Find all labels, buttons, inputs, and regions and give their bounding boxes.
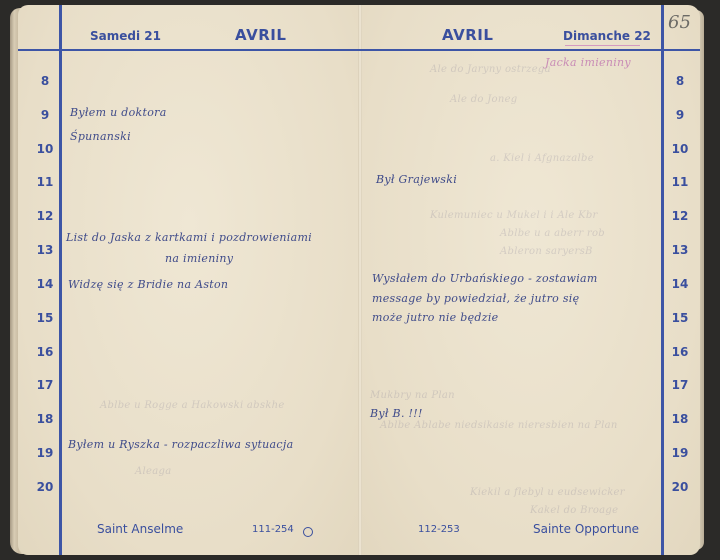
page-number: 65 <box>668 12 691 33</box>
handwritten-entry: Wysłałem do Urbańskiego - zostawiam <box>372 272 598 285</box>
left-hour-20: 20 <box>30 480 60 494</box>
right-day-label: Dimanche 22 <box>563 29 651 43</box>
left-hour-16: 16 <box>30 345 60 359</box>
bleed-through-text: Aleaga <box>135 466 171 477</box>
handwritten-entry: może jutro nie będzie <box>372 311 498 324</box>
right-hour-12: 12 <box>665 209 695 223</box>
bleed-through-text: Ale do Jaryny ostrzega <box>430 64 551 75</box>
left-month-label: AVRIL <box>235 26 286 44</box>
left-hour-18: 18 <box>30 412 60 426</box>
left-hour-15: 15 <box>30 311 60 325</box>
bleed-through-text: Ablbe Ablabe niedsikasie nieresbien na P… <box>380 420 618 431</box>
right-hour-column-rule <box>661 5 664 555</box>
left-hour-13: 13 <box>30 243 60 257</box>
left-hour-17: 17 <box>30 378 60 392</box>
handwritten-entry: Byłem u doktora <box>70 106 167 119</box>
handwritten-entry: Śpunanski <box>70 130 131 143</box>
left-header-rule <box>18 49 360 51</box>
left-footer-saint: Saint Anselme <box>97 522 183 536</box>
right-header-rule <box>360 49 700 51</box>
moon-phase-icon <box>303 527 313 537</box>
left-hour-12: 12 <box>30 209 60 223</box>
bleed-through-text: Ale do Joneg <box>450 94 518 105</box>
bleed-through-text: Kakel do Broage <box>530 505 618 516</box>
bleed-through-text: Ablbe u a aberr rob <box>500 228 605 239</box>
bleed-through-text: Ablbe u Rogge a Hakowski abskhe <box>100 400 285 411</box>
left-hour-10: 10 <box>30 142 60 156</box>
handwritten-entry: message by powiedział, że jutro się <box>372 292 579 305</box>
right-hour-8: 8 <box>665 74 695 88</box>
right-hour-18: 18 <box>665 412 695 426</box>
right-hour-16: 16 <box>665 345 695 359</box>
bleed-through-text: Ableron saryersB <box>500 246 593 257</box>
bleed-through-text: a. Kiel i Afgnazalbe <box>490 153 594 164</box>
bleed-through-text: Mukbry na Plan <box>370 390 455 401</box>
left-day-label: Samedi 21 <box>90 29 161 43</box>
handwritten-entry: List do Jaska z kartkami i pozdrowieniam… <box>66 231 312 244</box>
right-hour-17: 17 <box>665 378 695 392</box>
left-hour-14: 14 <box>30 277 60 291</box>
right-hour-15: 15 <box>665 311 695 325</box>
handwritten-entry: Był B. !!! <box>370 407 423 420</box>
left-hour-19: 19 <box>30 446 60 460</box>
left-footer-day-count: 111-254 <box>252 524 294 535</box>
right-footer-day-count: 112-253 <box>418 524 460 535</box>
left-hour-11: 11 <box>30 175 60 189</box>
center-fold <box>358 5 362 555</box>
bleed-through-text: Kulemuniec u Mukel i i Ale Kbr <box>430 210 598 221</box>
right-hour-9: 9 <box>665 108 695 122</box>
right-hour-13: 13 <box>665 243 695 257</box>
right-month-label: AVRIL <box>442 26 493 44</box>
left-hour-8: 8 <box>30 74 60 88</box>
handwritten-entry: na imieniny <box>165 252 233 265</box>
right-hour-10: 10 <box>665 142 695 156</box>
bleed-through-text: Kiekil a flebyl u eudsewicker <box>470 487 625 498</box>
pink-handwritten-note: Jacka imieniny <box>545 56 631 69</box>
right-hour-11: 11 <box>665 175 695 189</box>
handwritten-entry: Widzę się z Bridie na Aston <box>68 278 228 291</box>
handwritten-entry: Byłem u Ryszka - rozpaczliwa sytuacja <box>68 438 293 451</box>
right-hour-20: 20 <box>665 480 695 494</box>
right-footer-saint: Sainte Opportune <box>533 522 639 536</box>
right-hour-14: 14 <box>665 277 695 291</box>
right-day-underline <box>565 45 640 46</box>
left-hour-9: 9 <box>30 108 60 122</box>
handwritten-entry: Był Grajewski <box>376 173 457 186</box>
right-hour-19: 19 <box>665 446 695 460</box>
